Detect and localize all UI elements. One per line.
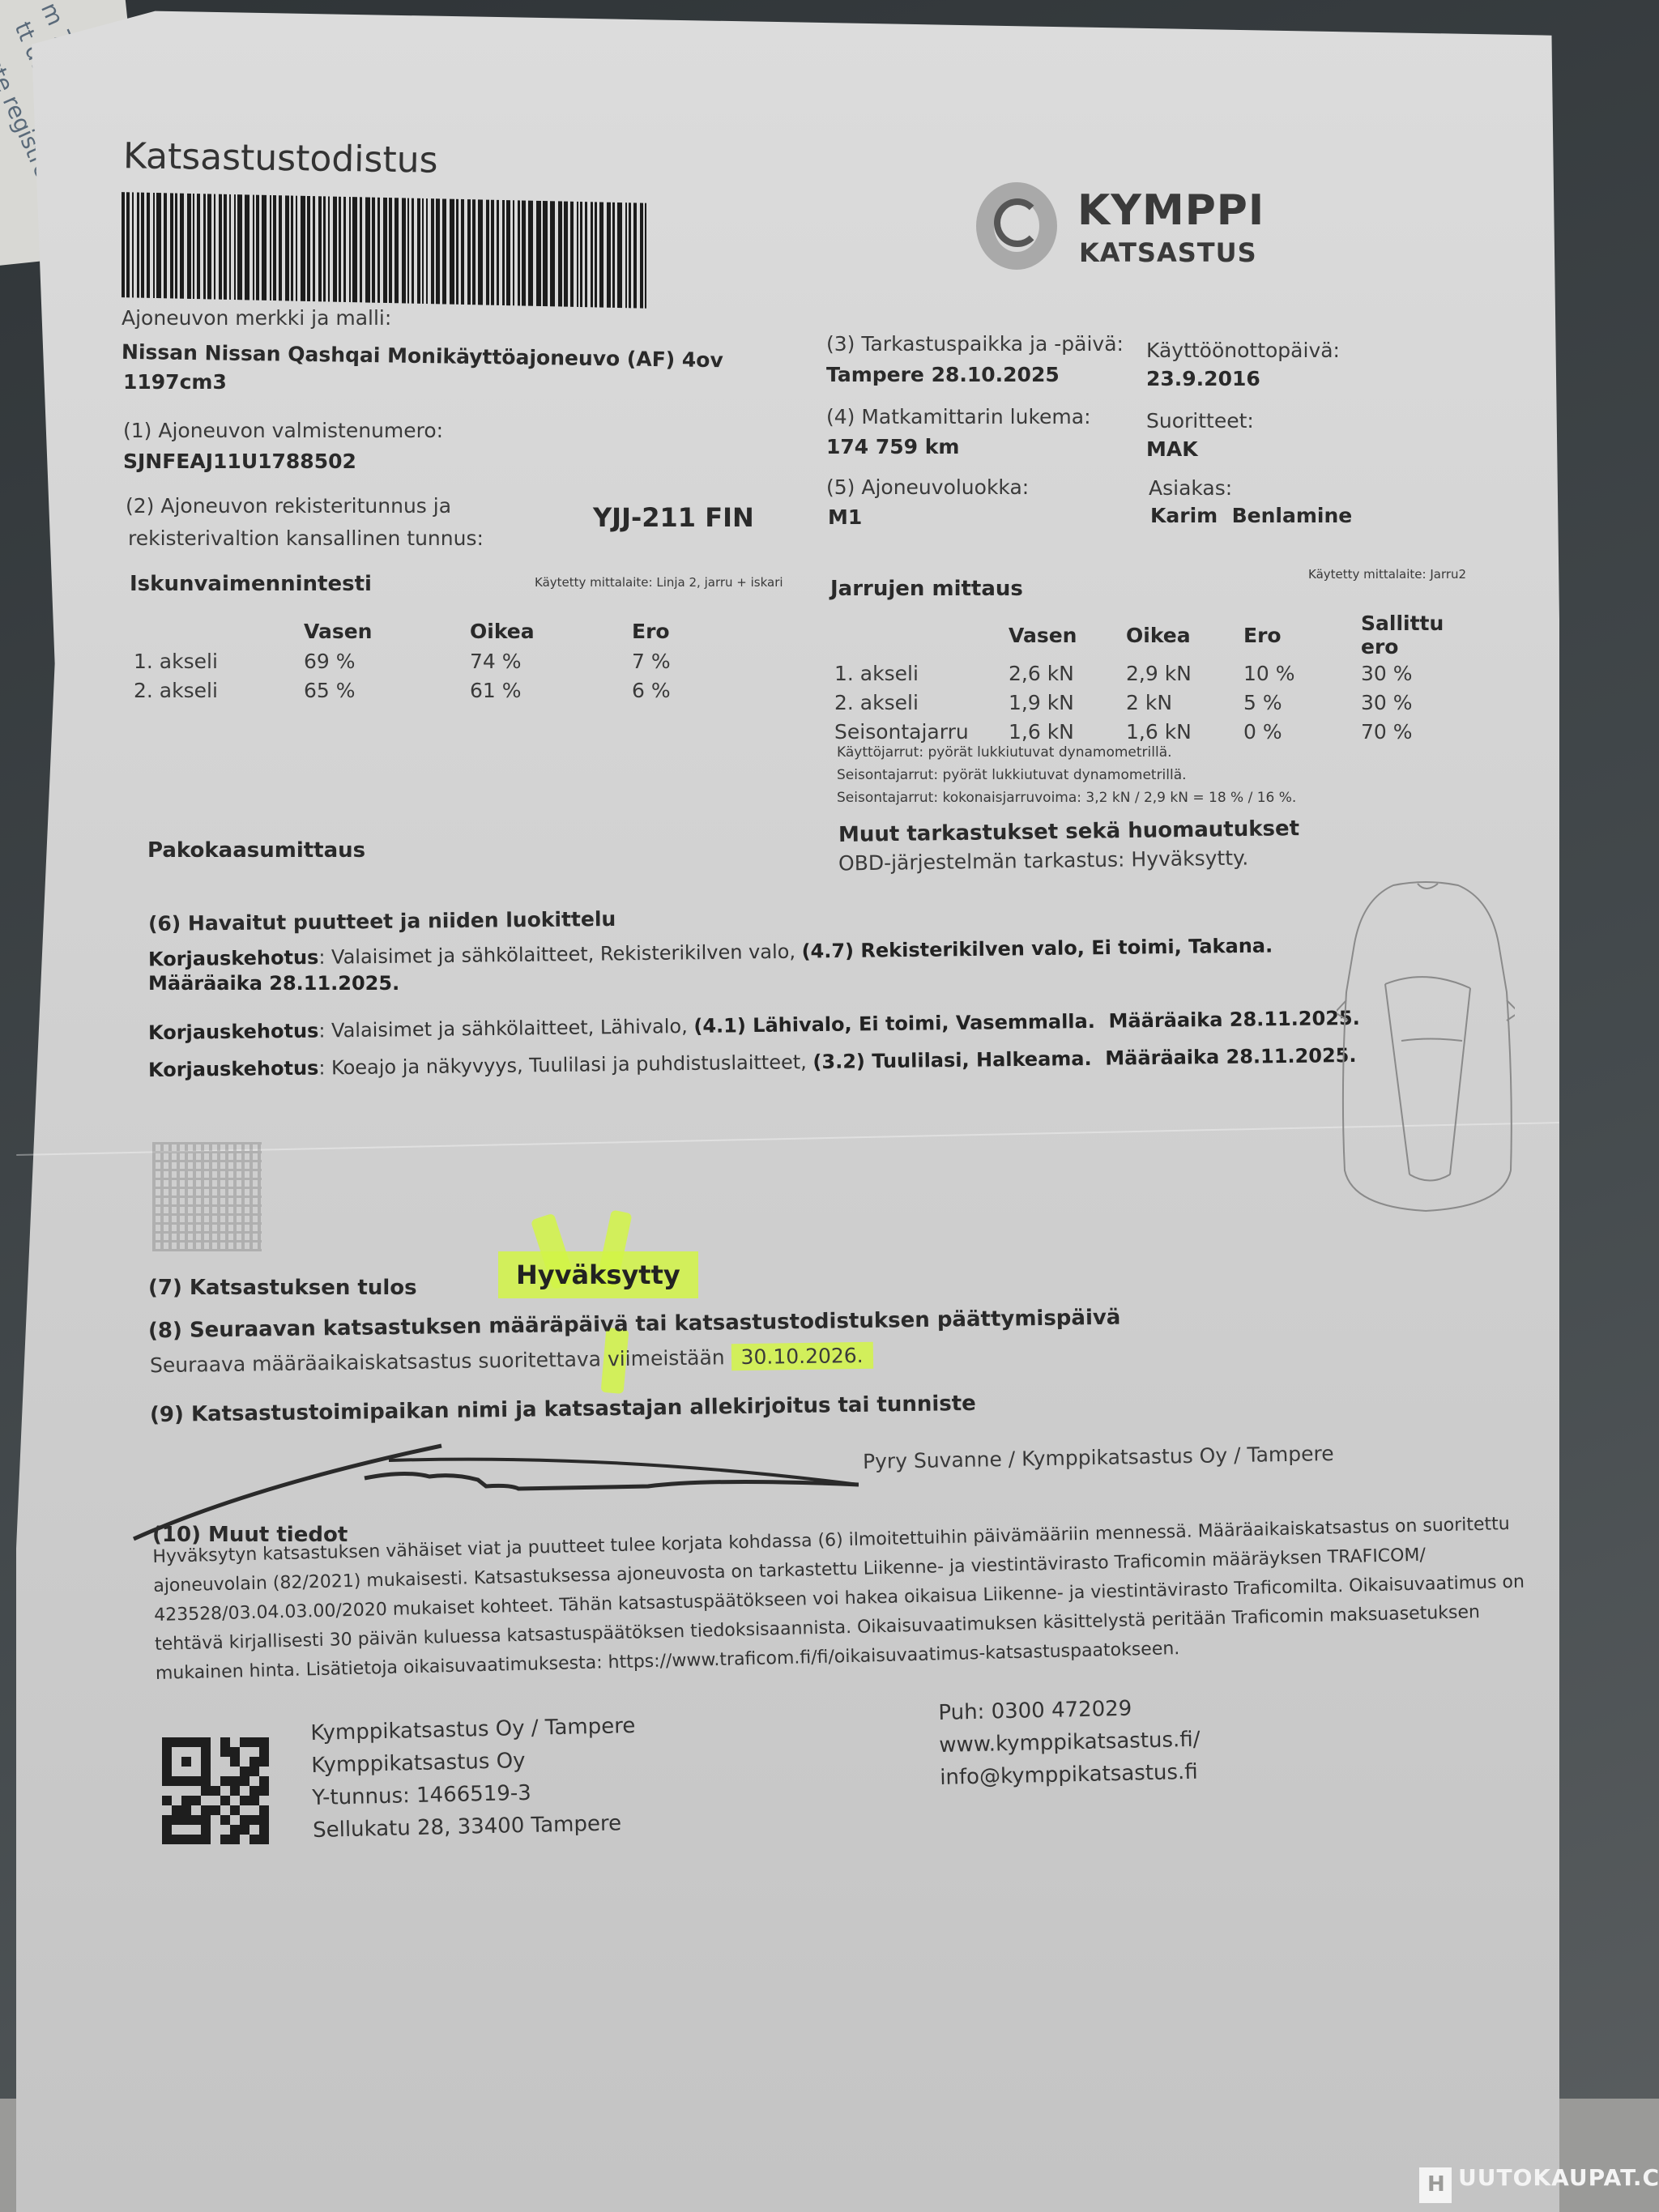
barcode-bar bbox=[536, 201, 541, 306]
qr-module bbox=[230, 1835, 240, 1844]
qr-module bbox=[259, 1747, 269, 1757]
qr-module bbox=[172, 1815, 181, 1825]
barcode-bar bbox=[234, 194, 236, 300]
qr-module bbox=[162, 1767, 172, 1776]
qr-module bbox=[201, 1835, 211, 1844]
qr-module bbox=[181, 1796, 191, 1805]
qr-module bbox=[162, 1825, 172, 1835]
barcode-bar bbox=[307, 196, 310, 301]
qr-module bbox=[191, 1805, 201, 1815]
first-use-value: 23.9.2016 bbox=[1146, 367, 1260, 390]
vin-value: SJNFEAJ11U1788502 bbox=[123, 450, 356, 473]
barcode-bar bbox=[417, 198, 420, 304]
qr-module bbox=[211, 1815, 220, 1825]
barcode-bar bbox=[270, 195, 271, 300]
qr-module bbox=[259, 1796, 269, 1805]
qr-module bbox=[211, 1737, 220, 1747]
column-header: Ero bbox=[632, 616, 729, 646]
qr-module bbox=[211, 1767, 220, 1776]
qr-module bbox=[162, 1796, 172, 1805]
result-value: Hyväksytty bbox=[498, 1251, 698, 1298]
qr-module bbox=[172, 1737, 181, 1747]
qr-module bbox=[211, 1757, 220, 1767]
qr-module bbox=[201, 1805, 211, 1815]
qr-module bbox=[249, 1796, 259, 1805]
qr-module bbox=[201, 1776, 211, 1786]
place-date-label: (3) Tarkastuspaikka ja -päivä: bbox=[826, 332, 1124, 356]
qr-module bbox=[259, 1757, 269, 1767]
table-cell: 5 % bbox=[1243, 688, 1361, 717]
watermark-letter: H bbox=[1427, 2172, 1445, 2197]
qr-module bbox=[249, 1737, 259, 1747]
barcode-bar bbox=[291, 196, 293, 301]
barcode-bar bbox=[467, 199, 471, 305]
barcode-bar bbox=[153, 193, 155, 298]
qr-module bbox=[201, 1767, 211, 1776]
table-cell: 30 % bbox=[1361, 658, 1482, 688]
table-cell: 70 % bbox=[1361, 717, 1482, 746]
barcode-bar bbox=[436, 198, 440, 304]
qr-module bbox=[172, 1757, 181, 1767]
qr-module bbox=[211, 1747, 220, 1757]
barcode-bar bbox=[599, 202, 603, 308]
qr-module bbox=[240, 1805, 249, 1815]
deadline-text: Määräaika 28.11.2025. bbox=[148, 972, 399, 995]
qr-module bbox=[211, 1835, 220, 1844]
watermark-text: UUTOKAUPAT.COM bbox=[1458, 2164, 1659, 2191]
defect-label: Korjauskehotus bbox=[148, 1020, 319, 1045]
barcode-bar bbox=[570, 202, 574, 307]
barcode-bar bbox=[262, 195, 267, 300]
qr-module bbox=[201, 1747, 211, 1757]
barcode-bar bbox=[197, 194, 200, 299]
customer-value: Karim Benlamine bbox=[1150, 504, 1352, 527]
result-label-text: (7) Katsastuksen tulos bbox=[148, 1276, 417, 1300]
email-address: info@kymppikatsastus.fi bbox=[940, 1756, 1201, 1794]
qr-module bbox=[240, 1815, 249, 1825]
barcode-bar bbox=[612, 202, 615, 308]
barcode-bar bbox=[343, 197, 346, 302]
barcode-bar bbox=[377, 198, 380, 303]
column-header: Vasen bbox=[1009, 612, 1126, 658]
barcode-bar bbox=[580, 202, 582, 307]
qr-module bbox=[249, 1786, 259, 1796]
barcode-bar bbox=[203, 194, 206, 299]
qr-module bbox=[249, 1825, 259, 1835]
table-cell: 2 kN bbox=[1126, 688, 1243, 717]
barcode-bar bbox=[617, 202, 622, 308]
barcode-bar bbox=[328, 196, 330, 301]
odometer-label: (4) Matkamittarin lukema: bbox=[826, 405, 1091, 428]
barcode-bar bbox=[645, 203, 646, 309]
engine-displacement: 1197cm3 bbox=[123, 370, 227, 394]
qr-module bbox=[230, 1767, 240, 1776]
registration-value: YJJ-211 FIN bbox=[593, 502, 754, 533]
column-header: Ero bbox=[1243, 612, 1361, 658]
qr-module bbox=[230, 1805, 240, 1815]
qr-module bbox=[172, 1825, 181, 1835]
qr-module bbox=[230, 1815, 240, 1825]
barcode-bar bbox=[296, 196, 297, 301]
qr-module bbox=[230, 1786, 240, 1796]
qr-module bbox=[162, 1737, 172, 1747]
qr-module bbox=[162, 1757, 172, 1767]
qr-module bbox=[240, 1786, 249, 1796]
table-cell: 10 % bbox=[1243, 658, 1361, 688]
inspection-certificate-paper bbox=[16, 0, 1559, 2212]
qr-module bbox=[220, 1747, 230, 1757]
qr-module bbox=[220, 1815, 230, 1825]
qr-code bbox=[162, 1737, 269, 1844]
car-diagram-icon bbox=[1337, 879, 1515, 1219]
shock-test-table: VasenOikeaEro1. akseli69 %74 %7 %2. akse… bbox=[134, 616, 729, 705]
brake-note: Seisontajarrut: kokonaisjarruvoima: 3,2 … bbox=[837, 786, 1296, 809]
qr-module bbox=[191, 1767, 201, 1776]
performed-value: MAK bbox=[1146, 437, 1198, 461]
qr-module bbox=[172, 1805, 181, 1815]
barcode-bar bbox=[407, 198, 409, 304]
qr-module bbox=[201, 1786, 211, 1796]
qr-module bbox=[211, 1776, 220, 1786]
place-date-value: Tampere 28.10.2025 bbox=[826, 363, 1060, 386]
barcode-bar bbox=[256, 195, 259, 300]
qr-module bbox=[230, 1825, 240, 1835]
table-cell: 61 % bbox=[470, 676, 632, 705]
qr-module bbox=[162, 1747, 172, 1757]
customer-label: Asiakas: bbox=[1149, 476, 1232, 500]
barcode-bar bbox=[442, 198, 446, 304]
qr-module bbox=[172, 1796, 181, 1805]
qr-module bbox=[201, 1737, 211, 1747]
qr-module bbox=[172, 1776, 181, 1786]
barcode-bar bbox=[365, 197, 370, 302]
barcode-bar bbox=[478, 199, 483, 305]
barcode-bar bbox=[585, 202, 587, 307]
barcode-bar bbox=[237, 194, 242, 300]
qr-module bbox=[240, 1737, 249, 1747]
qr-module bbox=[249, 1815, 259, 1825]
qr-module bbox=[181, 1757, 191, 1767]
defect-label: Korjauskehotus bbox=[148, 1057, 319, 1082]
qr-module bbox=[249, 1747, 259, 1757]
performed-label: Suoritteet: bbox=[1146, 409, 1254, 433]
brake-note: Käyttöjarrut: pyörät lukkiutuvat dynamom… bbox=[837, 741, 1296, 764]
defect-code: (3.2) Tuulilasi, Halkeama bbox=[812, 1047, 1084, 1073]
qr-module bbox=[191, 1757, 201, 1767]
barcode-bar bbox=[164, 193, 167, 298]
barcode-bar bbox=[156, 193, 161, 298]
shock-test-device: Käytetty mittalaite: Linja 2, jarru + is… bbox=[535, 575, 783, 590]
barcode-bar bbox=[383, 198, 387, 303]
qr-module bbox=[191, 1776, 201, 1786]
barcode-bar bbox=[279, 195, 282, 300]
qr-module bbox=[220, 1786, 230, 1796]
result-value-highlight: Hyväksytty bbox=[498, 1259, 698, 1290]
brake-notes: Käyttöjarrut: pyörät lukkiutuvat dynamom… bbox=[837, 741, 1296, 809]
barcode-bar bbox=[318, 196, 322, 301]
huutokaupat-logo-icon: H bbox=[1419, 2167, 1452, 2203]
table-cell: 2,6 kN bbox=[1009, 658, 1126, 688]
barcode-bar bbox=[472, 199, 476, 305]
column-header: Oikea bbox=[470, 616, 632, 646]
registration-label: (2) Ajoneuvon rekisteritunnus ja bbox=[126, 494, 451, 518]
barcode-bar bbox=[372, 198, 375, 303]
qr-module bbox=[259, 1786, 269, 1796]
qr-module bbox=[181, 1805, 191, 1815]
barcode-bar bbox=[558, 201, 562, 306]
qr-module bbox=[181, 1835, 191, 1844]
qr-module bbox=[259, 1737, 269, 1747]
barcode-bar bbox=[229, 194, 231, 300]
qr-module bbox=[249, 1767, 259, 1776]
qr-module bbox=[191, 1796, 201, 1805]
qr-module bbox=[230, 1757, 240, 1767]
barcode-bar bbox=[426, 198, 428, 304]
qr-module bbox=[181, 1815, 191, 1825]
table-cell: 2. akseli bbox=[134, 676, 304, 705]
table-cell: 7 % bbox=[632, 646, 729, 676]
qr-module bbox=[240, 1767, 249, 1776]
qr-module bbox=[220, 1767, 230, 1776]
qr-module bbox=[240, 1825, 249, 1835]
table-cell: 65 % bbox=[304, 676, 470, 705]
table-cell: 2,9 kN bbox=[1126, 658, 1243, 688]
qr-module bbox=[181, 1737, 191, 1747]
barcode-bar bbox=[394, 198, 399, 303]
qr-module bbox=[249, 1776, 259, 1786]
result-label: (7) Katsastuksen tulos bbox=[148, 1276, 417, 1300]
table-row: 2. akseli65 %61 %6 % bbox=[134, 676, 729, 705]
barcode-bar bbox=[147, 193, 150, 298]
barcode-bar bbox=[625, 202, 627, 308]
qr-module bbox=[191, 1737, 201, 1747]
deadline-text: Määräaika 28.11.2025. bbox=[1108, 1007, 1360, 1033]
brake-test-device: Käytetty mittalaite: Jarru2 bbox=[1308, 567, 1466, 582]
first-use-label: Käyttöönottopäivä: bbox=[1146, 339, 1340, 362]
qr-module bbox=[249, 1835, 259, 1844]
barcode-bar bbox=[175, 194, 177, 299]
barcode-bar bbox=[633, 202, 637, 308]
qr-module bbox=[220, 1835, 230, 1844]
qr-module bbox=[191, 1747, 201, 1757]
barcode-bar bbox=[502, 200, 505, 305]
qr-module bbox=[240, 1757, 249, 1767]
barcode-bar bbox=[253, 195, 254, 300]
barcode-bar bbox=[323, 196, 326, 301]
barcode-bar bbox=[301, 196, 305, 301]
qr-module bbox=[230, 1776, 240, 1786]
qr-module bbox=[181, 1786, 191, 1796]
qr-module bbox=[230, 1737, 240, 1747]
barcode-bar bbox=[607, 202, 611, 308]
column-header bbox=[134, 616, 304, 646]
barcode-bar bbox=[629, 202, 631, 308]
qr-module bbox=[220, 1796, 230, 1805]
barcode-bar bbox=[207, 194, 211, 299]
barcode-bar bbox=[273, 195, 276, 300]
barcode-bar bbox=[491, 200, 494, 305]
exhaust-title: Pakokaasumittaus bbox=[147, 838, 365, 863]
brake-test-table: VasenOikeaEroSallittu ero1. akseli2,6 kN… bbox=[834, 612, 1482, 746]
defect-label: Korjauskehotus bbox=[148, 946, 319, 971]
barcode-bar bbox=[245, 194, 249, 300]
barcode-bar bbox=[137, 193, 139, 298]
barcode-bar bbox=[352, 197, 357, 302]
barcode-bar bbox=[224, 194, 227, 300]
qr-module bbox=[259, 1767, 269, 1776]
qr-module bbox=[162, 1835, 172, 1844]
qr-module bbox=[162, 1776, 172, 1786]
barcode-bar bbox=[577, 202, 578, 307]
qr-module bbox=[220, 1737, 230, 1747]
qr-module bbox=[249, 1805, 259, 1815]
barcode-bar bbox=[219, 194, 222, 300]
barcode bbox=[122, 192, 729, 310]
barcode-bar bbox=[193, 194, 194, 299]
vehicle-class-label: (5) Ajoneuvoluokka: bbox=[826, 475, 1029, 499]
barcode-bar bbox=[564, 202, 568, 307]
qr-module bbox=[191, 1786, 201, 1796]
qr-module bbox=[240, 1747, 249, 1757]
table-cell: 1. akseli bbox=[834, 658, 1009, 688]
table-cell: 6 % bbox=[632, 676, 729, 705]
barcode-bar bbox=[550, 201, 555, 306]
qr-module bbox=[211, 1805, 220, 1815]
table-cell: 69 % bbox=[304, 646, 470, 676]
qr-module bbox=[259, 1835, 269, 1844]
qr-module bbox=[181, 1825, 191, 1835]
barcode-bar bbox=[431, 198, 434, 304]
column-header: Sallittu ero bbox=[1361, 612, 1482, 658]
qr-module bbox=[211, 1796, 220, 1805]
vin-label: (1) Ajoneuvon valmistenumero: bbox=[123, 419, 443, 442]
table-row: 2. akseli1,9 kN2 kN5 %30 % bbox=[834, 688, 1482, 717]
brake-test-title: Jarrujen mittaus bbox=[830, 577, 1023, 601]
qr-module bbox=[211, 1825, 220, 1835]
barcode-bar bbox=[591, 202, 593, 307]
qr-module bbox=[240, 1776, 249, 1786]
qr-module bbox=[172, 1747, 181, 1757]
qr-module bbox=[230, 1747, 240, 1757]
barcode-bar bbox=[360, 197, 362, 302]
qr-module bbox=[259, 1815, 269, 1825]
qr-module bbox=[172, 1767, 181, 1776]
qr-module bbox=[230, 1796, 240, 1805]
company-info: Kymppikatsastus Oy / Tampere Kymppikatsa… bbox=[310, 1710, 638, 1847]
barcode-bar bbox=[285, 195, 289, 300]
qr-module bbox=[162, 1815, 172, 1825]
qr-module bbox=[191, 1835, 201, 1844]
qr-module bbox=[162, 1786, 172, 1796]
qr-module bbox=[240, 1796, 249, 1805]
qr-module bbox=[172, 1835, 181, 1844]
next-inspection-date: 30.10.2026. bbox=[731, 1342, 873, 1370]
qr-module bbox=[220, 1776, 230, 1786]
barcode-bar bbox=[518, 200, 520, 305]
barcode-bar bbox=[456, 199, 458, 305]
qr-module bbox=[259, 1825, 269, 1835]
barcode-bar bbox=[522, 200, 526, 305]
table-cell: 2. akseli bbox=[834, 688, 1009, 717]
barcode-bar bbox=[126, 192, 130, 297]
qr-module bbox=[220, 1805, 230, 1815]
barcode-bar bbox=[450, 199, 454, 305]
qr-module bbox=[201, 1796, 211, 1805]
barcode-bar bbox=[170, 193, 173, 298]
qr-module bbox=[201, 1757, 211, 1767]
qr-module bbox=[240, 1835, 249, 1844]
table-cell: 1,9 kN bbox=[1009, 688, 1126, 717]
deadline-text: Määräaika 28.11.2025. bbox=[1105, 1044, 1357, 1070]
qr-module bbox=[220, 1825, 230, 1835]
barcode-bar bbox=[214, 194, 215, 300]
defect-code: (4.1) Lähivalo, Ei toimi, Vasemmalla bbox=[693, 1010, 1088, 1038]
qr-module bbox=[191, 1815, 201, 1825]
vehicle-class-value: M1 bbox=[828, 505, 862, 529]
barcode-bar bbox=[333, 197, 337, 302]
defect-category: : Valaisimet ja sähkölaitteet, Lähivalo, bbox=[318, 1015, 693, 1042]
qr-module bbox=[259, 1776, 269, 1786]
table-cell: 74 % bbox=[470, 646, 632, 676]
qr-module bbox=[172, 1786, 181, 1796]
barcode-bar bbox=[122, 192, 125, 297]
registration-label-2: rekisterivaltion kansallinen tunnus: bbox=[128, 526, 484, 550]
table-row: 1. akseli2,6 kN2,9 kN10 %30 % bbox=[834, 658, 1482, 688]
qr-module bbox=[211, 1786, 220, 1796]
barcode-bar bbox=[389, 198, 392, 303]
defect-deadline: Määräaika 28.11.2025. bbox=[148, 972, 399, 995]
barcode-bar bbox=[422, 198, 424, 304]
column-header bbox=[834, 612, 1009, 658]
table-cell: 1. akseli bbox=[134, 646, 304, 676]
qr-module bbox=[259, 1805, 269, 1815]
document-title: Katsastustodistus bbox=[123, 135, 438, 181]
table-cell: 30 % bbox=[1361, 688, 1482, 717]
barcode-bar bbox=[461, 199, 464, 305]
logo-text-katsastus: KATSASTUS bbox=[1079, 237, 1257, 268]
qr-module bbox=[201, 1815, 211, 1825]
qr-module bbox=[220, 1757, 230, 1767]
logo-text-kymppi: KYMPPI bbox=[1077, 186, 1265, 235]
odometer-value: 174 759 km bbox=[826, 435, 959, 458]
shock-test-title: Iskunvaimennintesti bbox=[130, 572, 372, 596]
defects-title: (6) Havaitut puutteet ja niiden luokitte… bbox=[148, 907, 616, 936]
barcode-bar bbox=[486, 200, 489, 305]
barcode-bar bbox=[132, 192, 134, 297]
barcode-bar bbox=[528, 201, 533, 306]
brake-note: Seisontajarrut: pyörät lukkiutuvat dynam… bbox=[837, 764, 1296, 786]
qr-module bbox=[191, 1825, 201, 1835]
barcode-bar bbox=[497, 200, 499, 305]
qr-module bbox=[181, 1767, 191, 1776]
contact-info: Puh: 0300 472029 www.kymppikatsastus.fi/… bbox=[938, 1691, 1201, 1794]
logo-swirl-icon bbox=[994, 198, 1041, 247]
qr-module bbox=[201, 1825, 211, 1835]
qr-module bbox=[181, 1776, 191, 1786]
qr-module bbox=[249, 1757, 259, 1767]
qr-module bbox=[181, 1747, 191, 1757]
barcode-bar bbox=[180, 194, 184, 299]
barcode-bar bbox=[402, 198, 406, 303]
barcode-bar bbox=[412, 198, 414, 304]
barcode-bar bbox=[506, 200, 510, 305]
qr-module bbox=[162, 1805, 172, 1815]
table-row: 1. akseli69 %74 %7 % bbox=[134, 646, 729, 676]
barcode-bar bbox=[640, 203, 643, 309]
column-header: Vasen bbox=[304, 616, 470, 646]
barcode-bar bbox=[349, 197, 351, 302]
column-header: Oikea bbox=[1126, 612, 1243, 658]
